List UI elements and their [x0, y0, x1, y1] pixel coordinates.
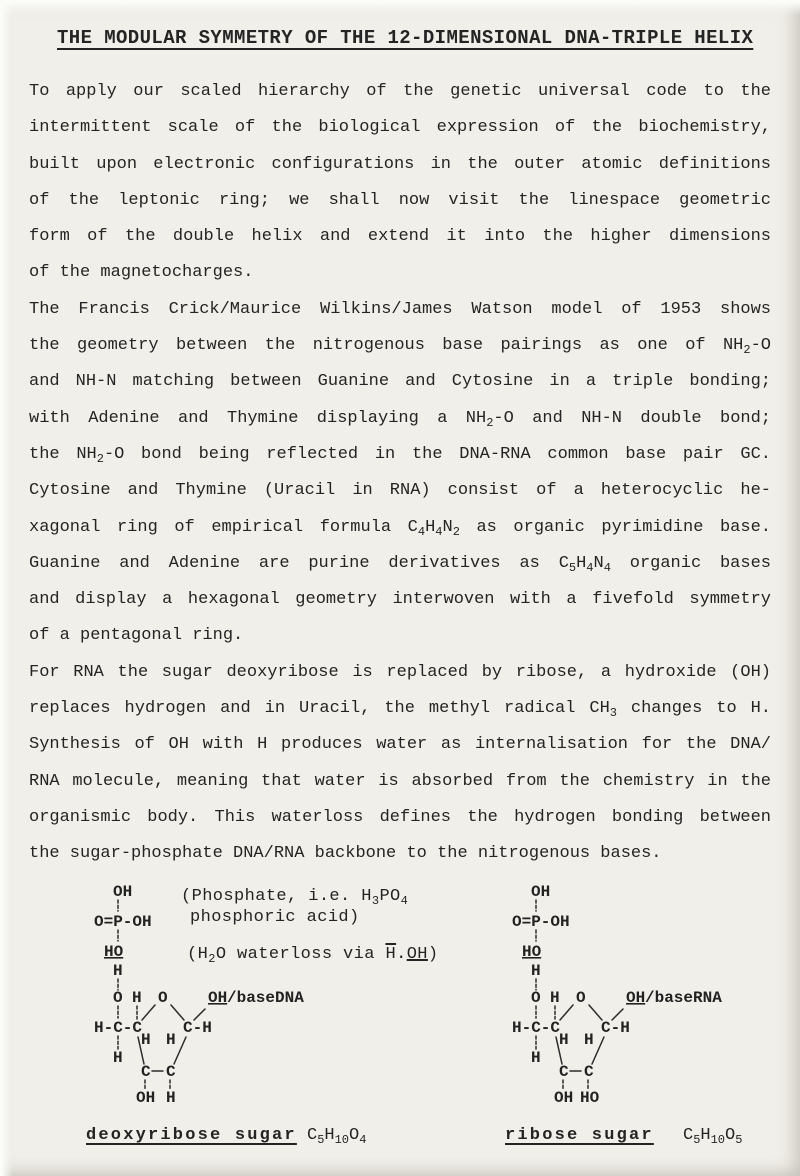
body-line: form of the double helix and extend it i…	[29, 219, 771, 255]
bond-line	[589, 1005, 602, 1020]
body-line: the sugar-phosphate DNA/RNA backbone to …	[29, 836, 771, 872]
body-line: replaces hydrogen and in Uracil, the met…	[29, 691, 771, 727]
bond-line	[142, 1005, 155, 1020]
atom-label: HO	[522, 943, 542, 961]
page-title: THE MODULAR SYMMETRY OF THE 12-DIMENSION…	[57, 27, 753, 49]
atom-label: H	[531, 962, 541, 980]
body-line: of a pentagonal ring.	[29, 618, 771, 654]
ribose-structure-diagram: OHO=P-OHHOHOHOOH/baseRNAH-C-CC-HHHHCCOHH…	[496, 880, 800, 1118]
body-line: with Adenine and Thymine displaying a NH…	[29, 401, 771, 437]
body-line: Synthesis of OH with H produces water as…	[29, 727, 771, 763]
body-line: The Francis Crick/Maurice Wilkins/James …	[29, 292, 771, 328]
atom-label: H	[550, 989, 560, 1007]
atom-label: H	[166, 1089, 176, 1107]
atom-label: H	[584, 1031, 594, 1049]
body-line: For RNA the sugar deoxyribose is replace…	[29, 655, 771, 691]
atom-label: C	[141, 1063, 151, 1081]
atom-label: OH	[531, 883, 550, 901]
body-line: the NH2-O bond being reflected in the DN…	[29, 437, 771, 473]
body-line: xagonal ring of empirical formula C4H4N2…	[29, 510, 771, 546]
atom-label: OH	[208, 989, 227, 1007]
atom-label: H	[113, 962, 123, 980]
body-line: and display a hexagonal geometry interwo…	[29, 582, 771, 618]
body-line: of the leptonic ring; we shall now visit…	[29, 183, 771, 219]
atom-label: HO	[580, 1089, 600, 1107]
atom-label: OH	[136, 1089, 155, 1107]
body-line: Guanine and Adenine are purine derivativ…	[29, 546, 771, 582]
document-page: THE MODULAR SYMMETRY OF THE 12-DIMENSION…	[0, 0, 800, 1176]
atom-label: H	[559, 1031, 569, 1049]
ribose-formula: C5H10O5	[683, 1126, 742, 1145]
atom-label: O	[531, 989, 541, 1007]
body-line: the geometry between the nitrogenous bas…	[29, 328, 771, 364]
bond-line	[171, 1005, 184, 1020]
atom-label: O=P-OH	[512, 913, 570, 931]
atom-label: C-H	[183, 1019, 212, 1037]
body-line: Cytosine and Thymine (Uracil in RNA) con…	[29, 473, 771, 509]
atom-label: /baseRNA	[645, 989, 722, 1007]
body-text: To apply our scaled hierarchy of the gen…	[29, 74, 771, 873]
body-line: To apply our scaled hierarchy of the gen…	[29, 74, 771, 110]
atom-label: OH	[554, 1089, 573, 1107]
atom-label: C-H	[601, 1019, 630, 1037]
deoxyribose-formula: C5H10O4	[307, 1126, 366, 1145]
deoxyribose-structure-diagram: OHO=P-OHHOHOHOOH/baseDNAH-C-CC-HHHHCCOHH	[78, 880, 388, 1118]
atom-label: H	[531, 1049, 541, 1067]
bond-line	[560, 1005, 573, 1020]
body-line: organismic body. This waterloss defines …	[29, 800, 771, 836]
bond-line	[592, 1037, 604, 1064]
body-line: RNA molecule, meaning that water is abso…	[29, 764, 771, 800]
atom-label: OH	[626, 989, 645, 1007]
atom-label: O=P-OH	[94, 913, 152, 931]
deoxyribose-caption: deoxyribose sugar	[86, 1126, 297, 1145]
atom-label: C	[166, 1063, 176, 1081]
atom-label: H-C-C	[94, 1019, 142, 1037]
atom-label: /baseDNA	[227, 989, 304, 1007]
atom-label: O	[113, 989, 123, 1007]
atom-label: C	[559, 1063, 569, 1081]
atom-label: C	[584, 1063, 594, 1081]
body-line: of the magnetocharges.	[29, 255, 771, 291]
atom-label: O	[158, 989, 168, 1007]
atom-label: H	[141, 1031, 151, 1049]
atom-label: O	[576, 989, 586, 1007]
atom-label: H	[132, 989, 142, 1007]
atom-label: HO	[104, 943, 124, 961]
bond-line	[174, 1037, 186, 1064]
atom-label: H	[166, 1031, 176, 1049]
body-line: and NH-N matching between Guanine and Cy…	[29, 364, 771, 400]
ribose-caption: ribose sugar	[505, 1126, 654, 1145]
atom-label: H	[113, 1049, 123, 1067]
body-line: built upon electronic configurations in …	[29, 147, 771, 183]
atom-label: H-C-C	[512, 1019, 560, 1037]
atom-label: OH	[113, 883, 132, 901]
body-line: intermittent scale of the biological exp…	[29, 110, 771, 146]
